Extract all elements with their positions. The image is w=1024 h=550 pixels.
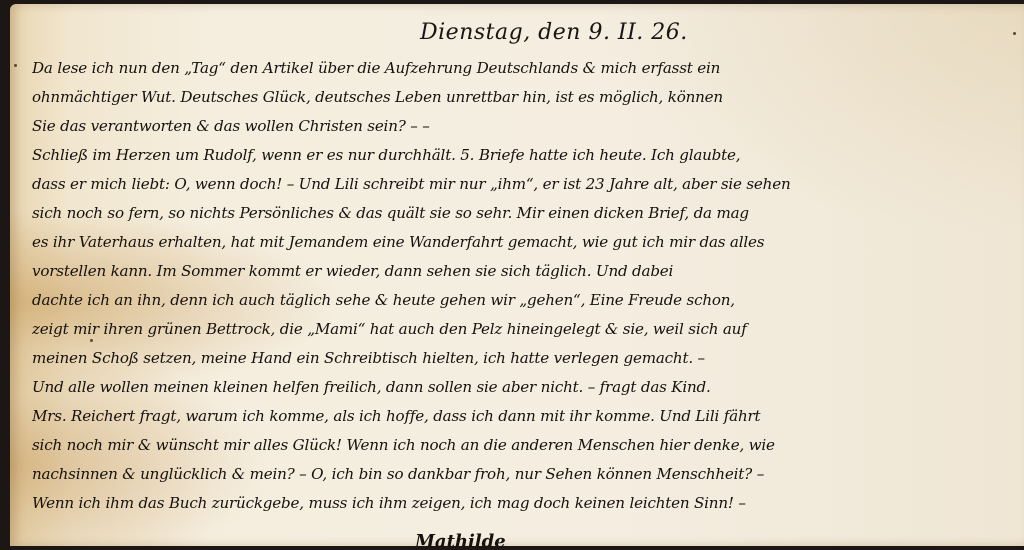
paper-speck (1013, 32, 1016, 35)
text-line-9: dachte ich an ihn, denn ich auch täglich… (32, 286, 1017, 315)
text-line-5: dass er mich liebt: O, wenn doch! – Und … (32, 170, 1017, 199)
text-line-4: Schließ im Herzen um Rudolf, wenn er es … (32, 141, 1017, 170)
signature-fragment: Mathilde (415, 531, 506, 546)
text-line-10: zeigt mir ihren grünen Bettrock, die „Ma… (32, 315, 1017, 344)
date-heading: Dienstag, den 9. II. 26. (420, 20, 688, 45)
text-line-16: Wenn ich ihm das Buch zurückgebe, muss i… (32, 489, 1017, 518)
text-line-7: es ihr Vaterhaus erhalten, hat mit Jeman… (32, 228, 1017, 257)
paper-speck (14, 64, 17, 67)
text-line-8: vorstellen kann. Im Sommer kommt er wied… (32, 257, 1017, 286)
text-line-2: ohnmächtiger Wut. Deutsches Glück, deuts… (32, 83, 1017, 112)
handwritten-text-body: Da lese ich nun den „Tag“ den Artikel üb… (32, 54, 1022, 518)
diary-page: Dienstag, den 9. II. 26. Da lese ich nun… (10, 4, 1024, 546)
text-line-13: Mrs. Reichert fragt, warum ich komme, al… (32, 402, 1017, 431)
text-line-12: Und alle wollen meinen kleinen helfen fr… (32, 373, 1017, 402)
text-line-11: meinen Schoß setzen, meine Hand ein Schr… (32, 344, 1017, 373)
text-line-15: nachsinnen & unglücklich & mein? – O, ic… (32, 460, 1017, 489)
text-line-1: Da lese ich nun den „Tag“ den Artikel üb… (32, 54, 1017, 83)
text-line-6: sich noch so fern, so nichts Persönliche… (32, 199, 1017, 228)
text-line-3: Sie das verantworten & das wollen Christ… (32, 112, 1017, 141)
paper-speck (90, 339, 93, 342)
text-line-14: sich noch mir & wünscht mir alles Glück!… (32, 431, 1017, 460)
